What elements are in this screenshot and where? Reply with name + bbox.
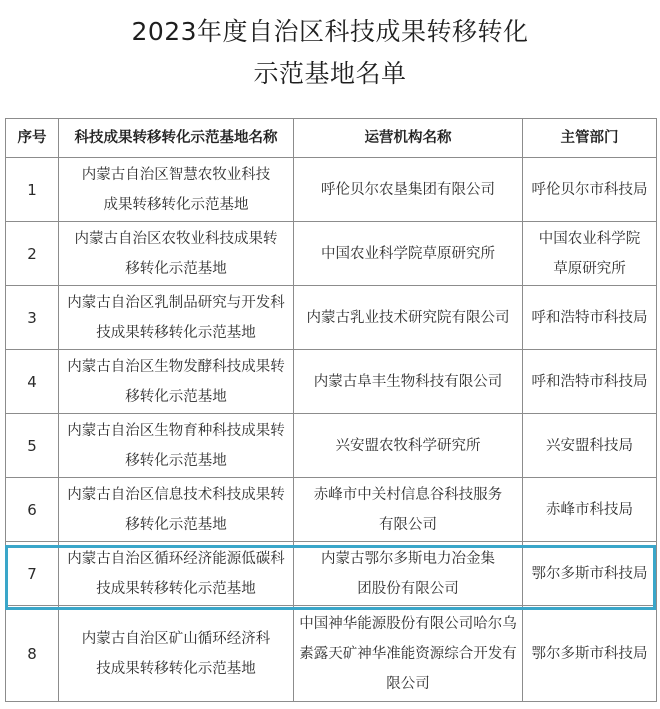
cell-operator-name: 中国农业科学院草原研究所 <box>294 222 523 286</box>
cell-supervising-dept: 中国农业科学院草原研究所 <box>523 222 657 286</box>
cell-supervising-dept: 鄂尔多斯市科技局 <box>523 542 657 606</box>
header-supervising-dept: 主管部门 <box>523 119 657 158</box>
cell-serial-number: 5 <box>6 414 59 478</box>
table-row: 3 内蒙古自治区乳制品研究与开发科技成果转移转化示范基地 内蒙古乳业技术研究院有… <box>6 286 657 350</box>
cell-serial-number: 8 <box>6 606 59 702</box>
cell-base-name: 内蒙古自治区农牧业科技成果转移转化示范基地 <box>59 222 294 286</box>
table-row: 6 内蒙古自治区信息技术科技成果转移转化示范基地 赤峰市中关村信息谷科技服务有限… <box>6 478 657 542</box>
cell-base-name: 内蒙古自治区智慧农牧业科技成果转移转化示范基地 <box>59 158 294 222</box>
table-row: 8 内蒙古自治区矿山循环经济科技成果转移转化示范基地 中国神华能源股份有限公司哈… <box>6 606 657 702</box>
cell-base-name: 内蒙古自治区矿山循环经济科技成果转移转化示范基地 <box>59 606 294 702</box>
cell-operator-name: 内蒙古鄂尔多斯电力冶金集团股份有限公司 <box>294 542 523 606</box>
cell-base-name: 内蒙古自治区乳制品研究与开发科技成果转移转化示范基地 <box>59 286 294 350</box>
cell-serial-number: 1 <box>6 158 59 222</box>
cell-supervising-dept: 赤峰市科技局 <box>523 478 657 542</box>
cell-serial-number: 7 <box>6 542 59 606</box>
cell-base-name: 内蒙古自治区生物发酵科技成果转移转化示范基地 <box>59 350 294 414</box>
header-operator-name: 运营机构名称 <box>294 119 523 158</box>
header-serial-number: 序号 <box>6 119 59 158</box>
table-row: 1 内蒙古自治区智慧农牧业科技成果转移转化示范基地 呼伦贝尔农垦集团有限公司 呼… <box>6 158 657 222</box>
cell-supervising-dept: 鄂尔多斯市科技局 <box>523 606 657 702</box>
header-base-name: 科技成果转移转化示范基地名称 <box>59 119 294 158</box>
cell-supervising-dept: 兴安盟科技局 <box>523 414 657 478</box>
table-row: 2 内蒙古自治区农牧业科技成果转移转化示范基地 中国农业科学院草原研究所 中国农… <box>6 222 657 286</box>
table-row-highlighted[interactable]: 7 内蒙古自治区循环经济能源低碳科技成果转移转化示范基地 内蒙古鄂尔多斯电力冶金… <box>6 542 657 606</box>
cell-operator-name: 呼伦贝尔农垦集团有限公司 <box>294 158 523 222</box>
cell-supervising-dept: 呼和浩特市科技局 <box>523 350 657 414</box>
cell-serial-number: 2 <box>6 222 59 286</box>
cell-serial-number: 3 <box>6 286 59 350</box>
cell-operator-name: 内蒙古阜丰生物科技有限公司 <box>294 350 523 414</box>
demonstration-base-table: 序号 科技成果转移转化示范基地名称 运营机构名称 主管部门 1 内蒙古自治区智慧… <box>5 118 656 702</box>
cell-serial-number: 6 <box>6 478 59 542</box>
table-header-row: 序号 科技成果转移转化示范基地名称 运营机构名称 主管部门 <box>6 119 657 158</box>
table-row: 5 内蒙古自治区生物育种科技成果转移转化示范基地 兴安盟农牧科学研究所 兴安盟科… <box>6 414 657 478</box>
document-title-line2: 示范基地名单 <box>0 54 660 90</box>
cell-operator-name: 赤峰市中关村信息谷科技服务有限公司 <box>294 478 523 542</box>
cell-operator-name: 兴安盟农牧科学研究所 <box>294 414 523 478</box>
document-title-line1: 2023年度自治区科技成果转移转化 <box>0 12 660 48</box>
table-row: 4 内蒙古自治区生物发酵科技成果转移转化示范基地 内蒙古阜丰生物科技有限公司 呼… <box>6 350 657 414</box>
cell-serial-number: 4 <box>6 350 59 414</box>
cell-supervising-dept: 呼和浩特市科技局 <box>523 286 657 350</box>
cell-supervising-dept: 呼伦贝尔市科技局 <box>523 158 657 222</box>
cell-operator-name: 内蒙古乳业技术研究院有限公司 <box>294 286 523 350</box>
cell-base-name: 内蒙古自治区生物育种科技成果转移转化示范基地 <box>59 414 294 478</box>
cell-base-name: 内蒙古自治区循环经济能源低碳科技成果转移转化示范基地 <box>59 542 294 606</box>
cell-base-name: 内蒙古自治区信息技术科技成果转移转化示范基地 <box>59 478 294 542</box>
cell-operator-name: 中国神华能源股份有限公司哈尔乌素露天矿神华准能资源综合开发有限公司 <box>294 606 523 702</box>
